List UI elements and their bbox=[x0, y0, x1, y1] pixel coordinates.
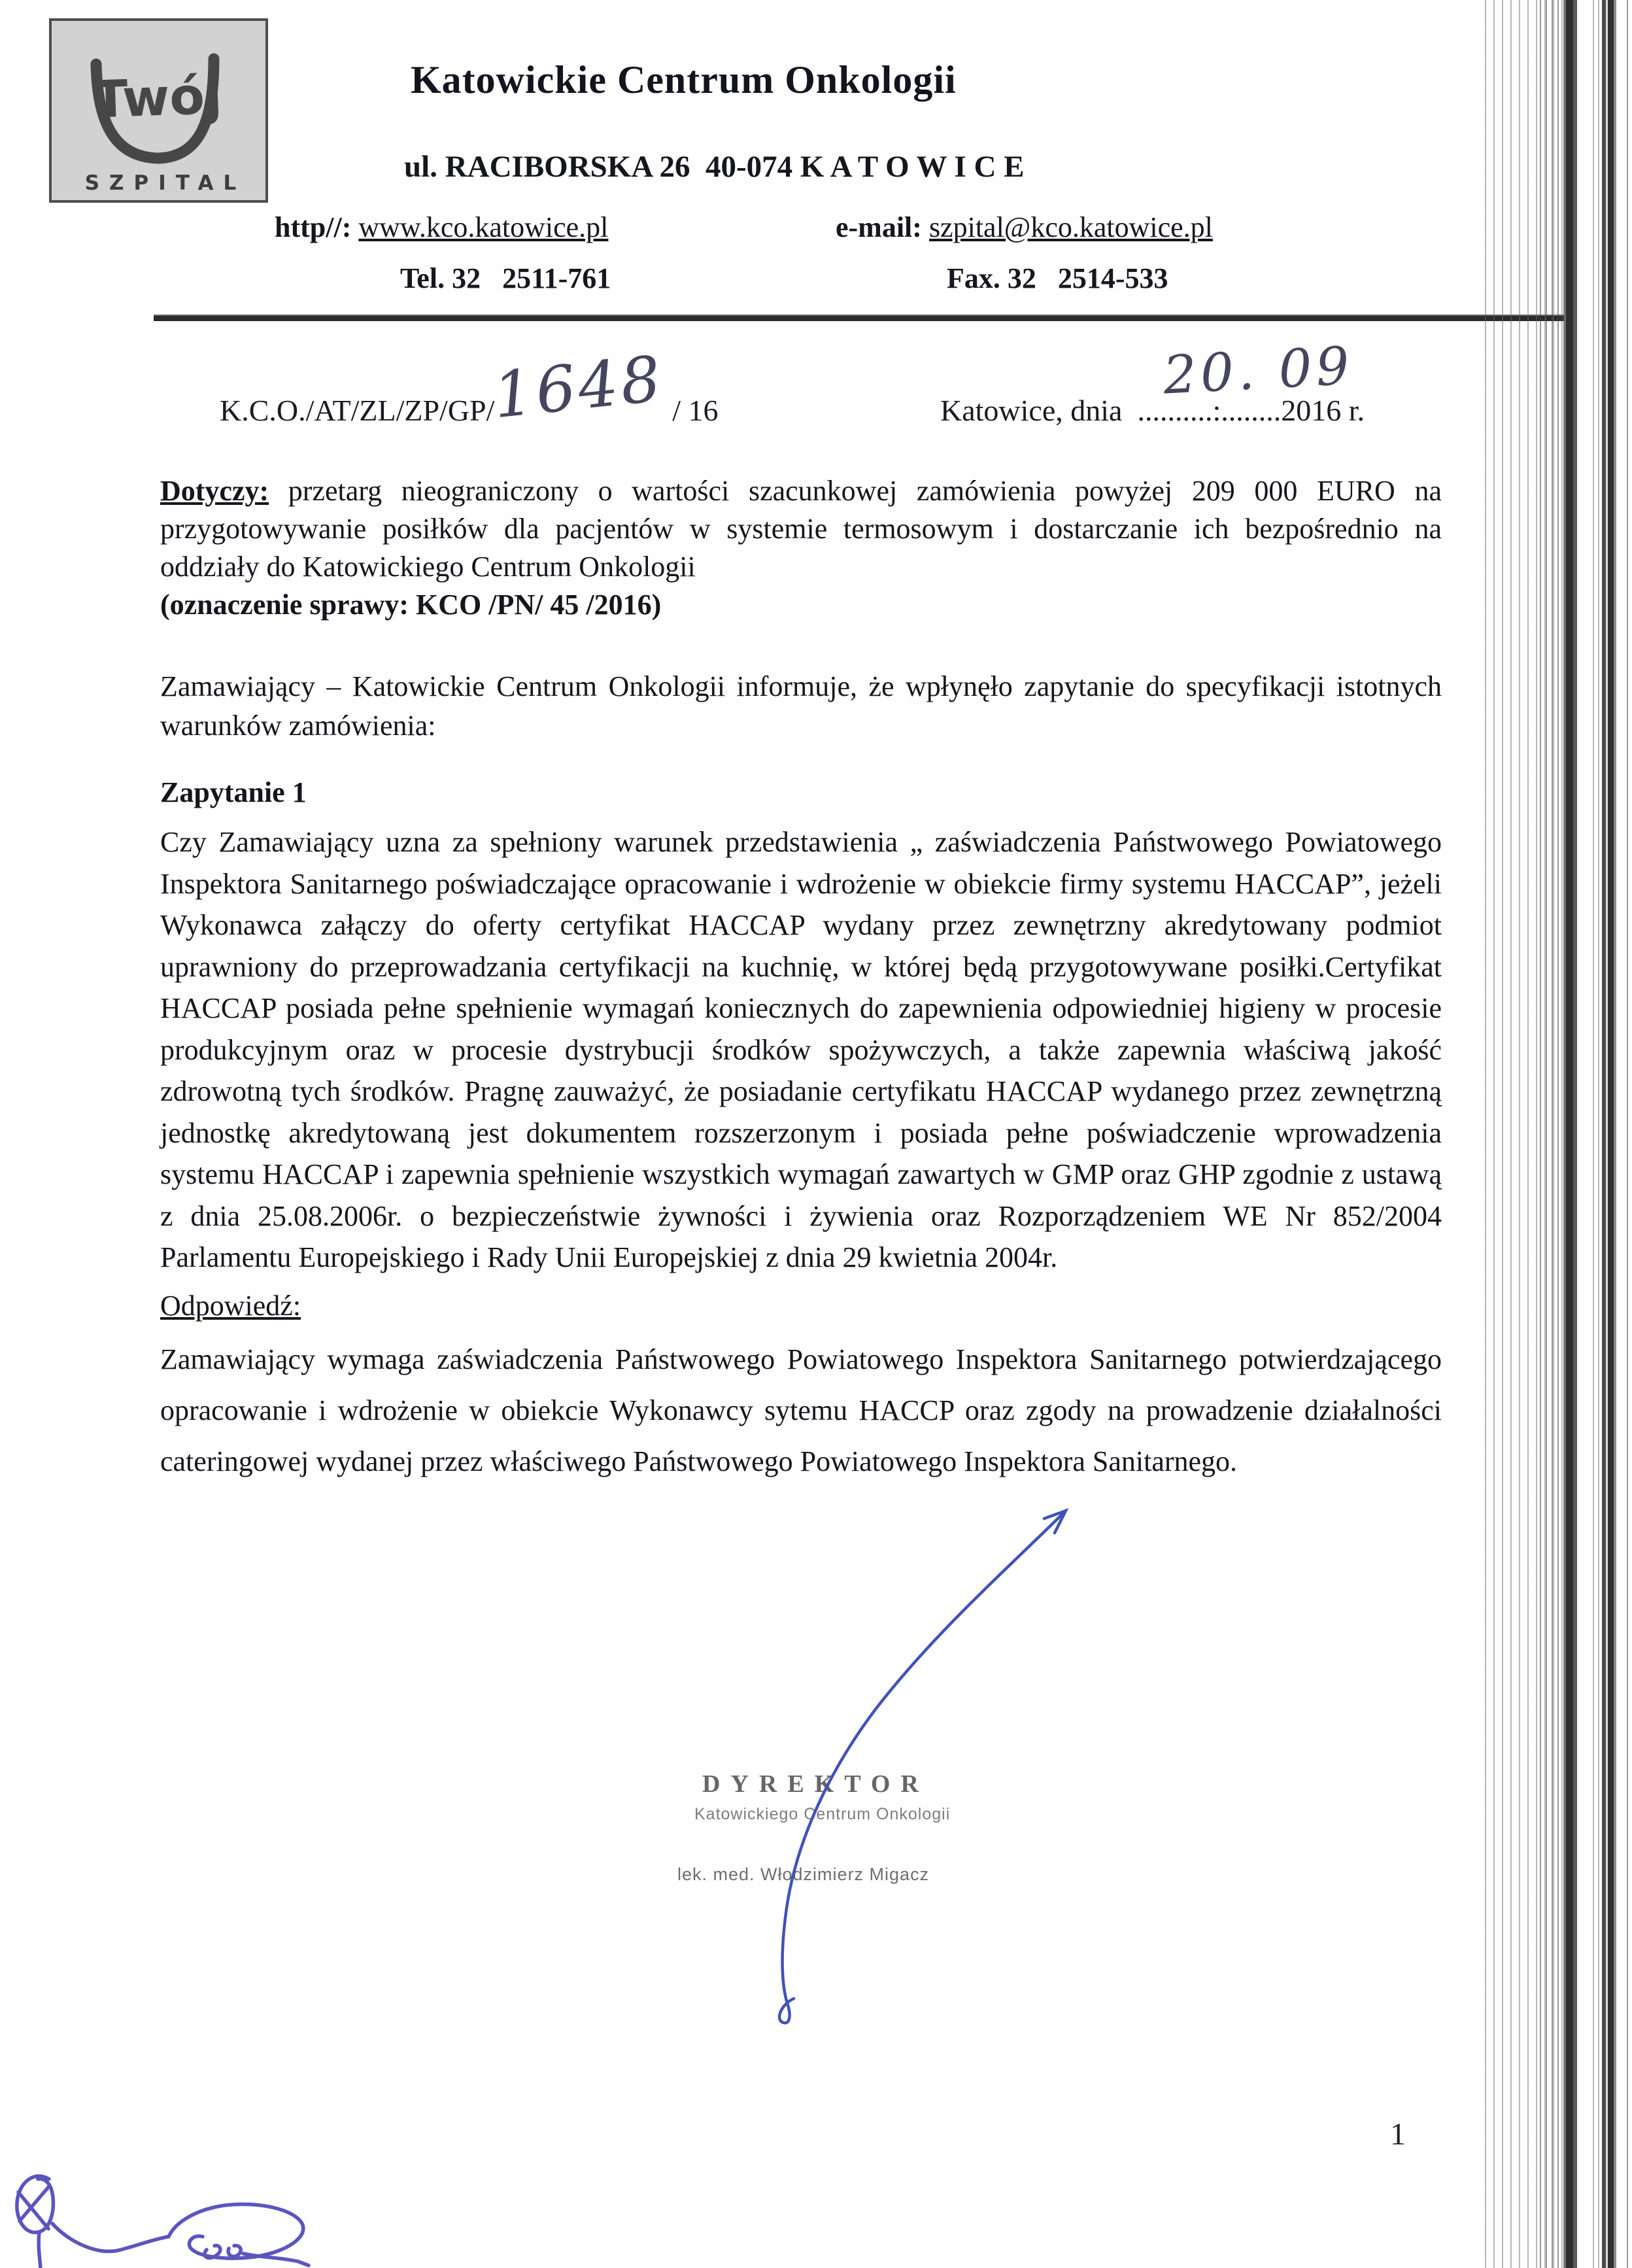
subject-paragraph: Dotyczy: przetarg nieograniczony o warto… bbox=[160, 472, 1442, 624]
scanned-letter-page: Twój SZPITAL Katowickie Centrum Onkologi… bbox=[0, 0, 1632, 2268]
question-heading: Zapytanie 1 bbox=[160, 776, 1442, 809]
director-stamp: DYREKTOR Katowickiego Centrum Onkologii … bbox=[677, 1770, 1017, 1885]
pen-signature-stroke bbox=[779, 1511, 1066, 2023]
place-date-label: Katowice, dnia bbox=[940, 394, 1137, 427]
website-link: www.kco.katowice.pl bbox=[358, 211, 608, 243]
pen-scribble-paraph bbox=[17, 2176, 309, 2268]
hospital-logo: Twój SZPITAL bbox=[49, 18, 268, 203]
fax-number: Fax. 32 2514-533 bbox=[947, 262, 1168, 295]
question-body: Czy Zamawiający uzna za spełniony warune… bbox=[160, 821, 1442, 1279]
question-answer-flow: Czy Zamawiający uzna za spełniony warune… bbox=[160, 821, 1442, 1487]
handwritten-reference-number: 1648 bbox=[494, 378, 663, 396]
intro-paragraph: Zamawiający – Katowickie Centrum Onkolog… bbox=[160, 667, 1442, 746]
email-line: e-mail: szpital@kco.katowice.pl bbox=[836, 211, 1213, 244]
website-line: http//: www.kco.katowice.pl bbox=[275, 211, 608, 244]
email-label: e-mail: bbox=[836, 211, 929, 243]
reference-prefix: K.C.O./AT/ZL/ZP/GP/ bbox=[220, 394, 494, 427]
case-reference: (oznaczenie sprawy: KCO /PN/ 45 /2016) bbox=[160, 589, 661, 621]
http-label: http//: bbox=[275, 211, 358, 243]
organization-address: ul. RACIBORSKA 26 40-074 K A T O W I C E bbox=[404, 149, 1025, 184]
subject-label: Dotyczy: bbox=[160, 475, 269, 507]
place-date-line: Katowice, dnia ..........:........20. 09… bbox=[910, 358, 1365, 462]
stamp-organization: Katowickiego Centrum Onkologii bbox=[694, 1805, 1017, 1824]
reference-suffix: / 16 bbox=[665, 394, 719, 427]
answer-body: Zamawiający wymaga zaświadczenia Państwo… bbox=[160, 1334, 1442, 1487]
email-link: szpital@kco.katowice.pl bbox=[929, 211, 1213, 243]
stamp-signatory-name: lek. med. Włodzimierz Migacz bbox=[677, 1864, 1017, 1885]
organization-title: Katowickie Centrum Onkologii bbox=[411, 58, 957, 103]
answer-heading: Odpowiedź: bbox=[160, 1285, 1442, 1326]
scan-edge-artifact bbox=[1478, 0, 1632, 2268]
handwritten-date: 20. 09 bbox=[1163, 339, 1355, 402]
page-number: 1 bbox=[1390, 2116, 1406, 2152]
stamp-title: DYREKTOR bbox=[702, 1770, 1017, 1798]
phone-number: Tel. 32 2511-761 bbox=[400, 262, 611, 295]
logo-word: Twój bbox=[92, 67, 223, 130]
date-dotted-blank: ..........:........20. 09 bbox=[1137, 393, 1281, 428]
subject-text: przetarg nieograniczony o wartości szacu… bbox=[160, 475, 1442, 583]
reference-line: K.C.O./AT/ZL/ZP/GP/1648 / 16 bbox=[190, 358, 719, 462]
header-divider bbox=[154, 316, 1566, 321]
logo-caption: SZPITAL bbox=[85, 171, 246, 195]
